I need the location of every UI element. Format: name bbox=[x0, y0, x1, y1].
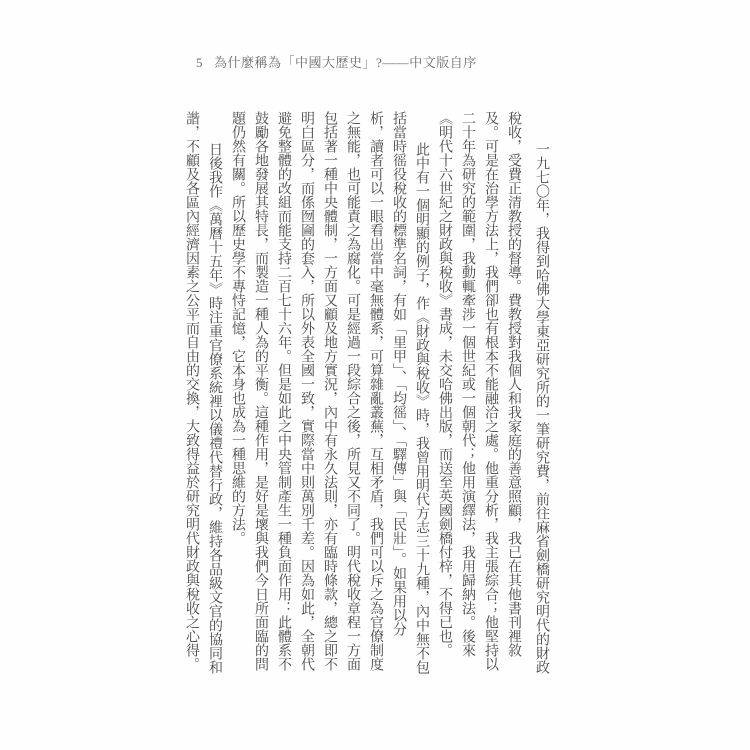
text-column-14: 題仍然有關。所以歷史學不專恃記憶，它本身也成為一種思維的方法。 bbox=[226, 111, 249, 677]
text-column-8: 析，讀者可以一眼看出當中毫無體系，可算雜亂叢蕪，互相矛盾，我們可以斥之為官僚制度 bbox=[364, 111, 387, 677]
text-column-15: 日後我作《萬曆十五年》時注重官僚系統裡以儀禮代替行政，維持各品級文官的協同和 bbox=[203, 111, 226, 677]
text-column-10: 包括著一種中央體制，一方面又顧及地方實況，內中有永久法則，亦有臨時條款，總之即不 bbox=[318, 111, 341, 677]
running-header: 5 為什麼稱為「中國大歷史」?——中文版自序 bbox=[196, 52, 477, 71]
running-header-title: 為什麼稱為「中國大歷史」?——中文版自序 bbox=[214, 52, 477, 71]
text-column-1: 一九七〇年，我得到哈佛大學東亞研究所的一筆研究費，前往麻省劍橋研究明代的財政 bbox=[530, 111, 553, 677]
text-column-7: 括當時徭役稅收的標準名詞，有如「里甲」、「均徭」、「驛傳」與「民壯」。如果用以分 bbox=[387, 111, 410, 677]
text-column-11: 明白區分，而係囫圇的套入，所以外表全國一致，實際當中則萬別千差。因為如此，全朝代 bbox=[295, 111, 318, 677]
page-number: 5 bbox=[196, 55, 203, 71]
book-page: 5 為什麼稱為「中國大歷史」?——中文版自序 一九七〇年，我得到哈佛大學東亞研究… bbox=[0, 0, 750, 750]
preface-text-block: 一九七〇年，我得到哈佛大學東亞研究所的一筆研究費，前往麻省劍橋研究明代的財政 稅… bbox=[180, 111, 553, 677]
text-column-13: 鼓勵各地發展其特長，而製造一種人為的平衡。這種作用，是好是壞與我們今日所面臨的問 bbox=[249, 111, 272, 677]
text-column-4: 二十年為研究的範圍，我動輒牽涉一個世紀或一個朝代；他用演繹法，我用歸納法。後來 bbox=[456, 111, 479, 677]
text-column-5: 《明代十六世紀之財政與稅收》書成，未交哈佛出版，而送至英國劍橋付梓，不得已也。 bbox=[433, 111, 456, 677]
text-column-12: 避免整體的改組而能支持二百七十六年。但是如此之中央管制產生一種負面作用：此體系不 bbox=[272, 111, 295, 677]
text-column-6: 此中有一個明顯的例子，作《財政與稅收》時，我曾用明代方志三十九種，內中無不包 bbox=[410, 111, 433, 677]
text-column-16: 諧，不顧及各區內經濟因素之公平而自由的交換，大致得益於研究明代財政與稅收之心得。 bbox=[180, 111, 203, 677]
text-column-3: 及。可是在治學方法上，我們卻也有根本不能融洽之處。他重分析，我主張綜合；他堅持以 bbox=[479, 111, 502, 677]
text-column-9: 之無能，也可能責之為腐化。可是經過一段綜合之後，所見又不同了。明代稅收章程一方面 bbox=[341, 111, 364, 677]
text-column-2: 稅收，受費正清教授的督導。費教授對我個人和我家庭的善意照顧，我已在其他書刊裡敘 bbox=[502, 111, 525, 677]
